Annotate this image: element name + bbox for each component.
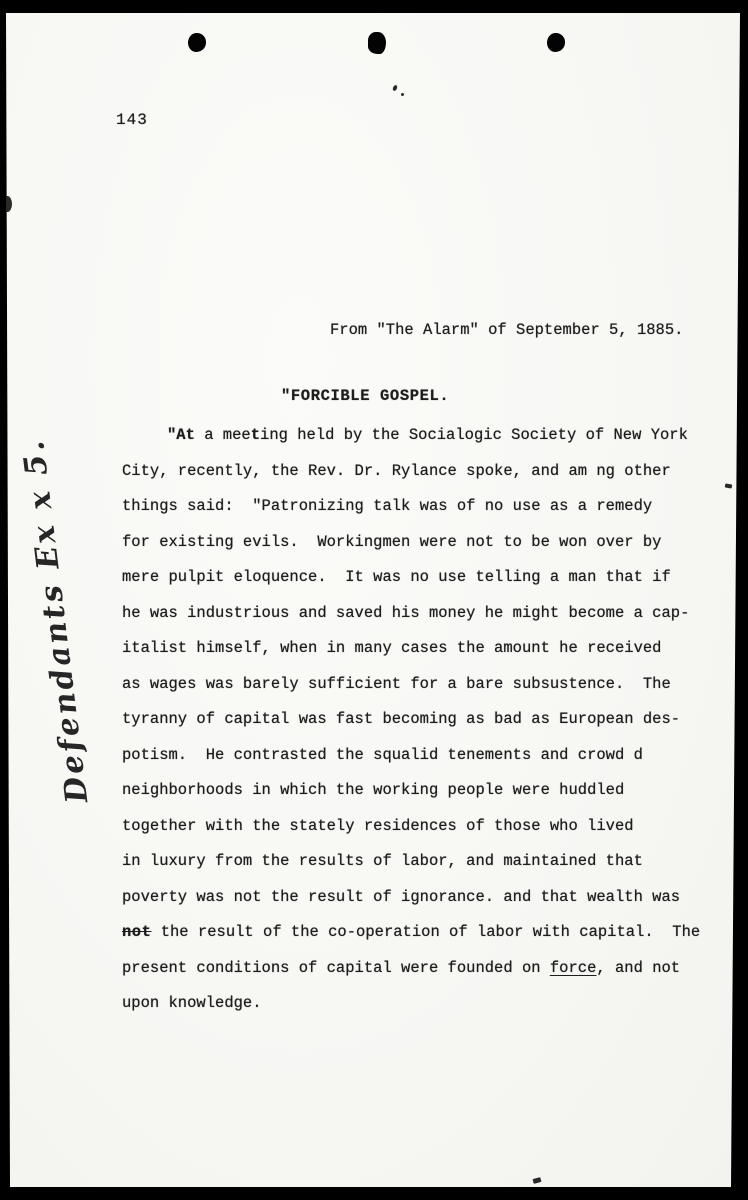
text-line: upon knowledge.: [122, 986, 712, 1022]
punch-hole-center: [368, 32, 386, 54]
text-line: for existing evils. Workingmen were not …: [122, 525, 712, 561]
scan-speck: [532, 1177, 541, 1184]
text-segment: tyranny of capital was fast becoming as …: [122, 710, 680, 728]
text-line: poverty was not the result of ignorance.…: [122, 880, 712, 916]
text-line: tyranny of capital was fast becoming as …: [122, 702, 712, 738]
page-number: 143: [116, 111, 148, 129]
text-segment: neighborhoods in which the working peopl…: [122, 781, 624, 799]
text-line: neighborhoods in which the working peopl…: [122, 773, 712, 809]
text-segment: "At: [167, 426, 195, 444]
underlined-word: force: [550, 959, 597, 977]
text-line: in luxury from the results of labor, and…: [122, 844, 712, 880]
punch-hole-left: [188, 33, 206, 52]
source-citation-line: From "The Alarm" of September 5, 1885.: [330, 321, 683, 339]
text-segment: City, recently, the Rev. Dr. Rylance spo…: [122, 462, 671, 480]
text-segment: , and not: [596, 959, 680, 977]
scanned-document: { "page": { "number": "143", "header_lin…: [0, 0, 748, 1200]
text-line: he was industrious and saved his money h…: [122, 596, 712, 632]
text-segment: a mee: [195, 426, 251, 444]
text-segment: t: [251, 426, 260, 444]
text-segment: the result of the co-operation of labor …: [151, 923, 700, 941]
punch-hole-right: [547, 33, 565, 52]
text-segment: as wages was barely sufficient for a bar…: [122, 675, 671, 693]
text-line: not the result of the co-operation of la…: [122, 915, 712, 951]
text-segment: together with the stately residences of …: [122, 817, 634, 835]
text-line: things said: "Patronizing talk was of no…: [122, 489, 712, 525]
text-segment: upon knowledge.: [122, 994, 262, 1012]
document-page: 143 From "The Alarm" of September 5, 188…: [0, 0, 748, 1200]
scan-speck: [725, 483, 733, 488]
scan-speck: [392, 84, 398, 91]
text-line: potism. He contrasted the squalid teneme…: [122, 738, 712, 774]
scan-speck: [3, 196, 12, 212]
text-segment: in luxury from the results of labor, and…: [122, 852, 643, 870]
text-segment: potism. He contrasted the squalid teneme…: [122, 746, 643, 764]
text-line: present conditions of capital were found…: [122, 951, 712, 987]
body-text: "At a meeting held by the Socialogic Soc…: [122, 418, 712, 1022]
text-segment: present conditions of capital were found…: [122, 959, 550, 977]
text-line: "At a meeting held by the Socialogic Soc…: [122, 418, 712, 454]
struck-out-word: not: [122, 923, 151, 941]
handwritten-exhibit-label: Defendants Ex x 5.: [14, 417, 107, 823]
article-title: "FORCIBLE GOSPEL.: [281, 387, 449, 405]
text-line: as wages was barely sufficient for a bar…: [122, 667, 712, 703]
text-line: italist himself, when in many cases the …: [122, 631, 712, 667]
text-segment: poverty was not the result of ignorance.…: [122, 888, 680, 906]
text-line: City, recently, the Rev. Dr. Rylance spo…: [122, 454, 712, 490]
text-segment: mere pulpit eloquence. It was no use tel…: [122, 568, 671, 586]
text-line: mere pulpit eloquence. It was no use tel…: [122, 560, 712, 596]
text-segment: he was industrious and saved his money h…: [122, 604, 689, 622]
text-line: together with the stately residences of …: [122, 809, 712, 845]
text-segment: italist himself, when in many cases the …: [122, 639, 662, 657]
scan-speck: [401, 93, 404, 96]
text-segment: things said: "Patronizing talk was of no…: [122, 497, 652, 515]
text-segment: for existing evils. Workingmen were not …: [122, 533, 662, 551]
text-segment: ing held by the Socialogic Society of Ne…: [260, 426, 688, 444]
